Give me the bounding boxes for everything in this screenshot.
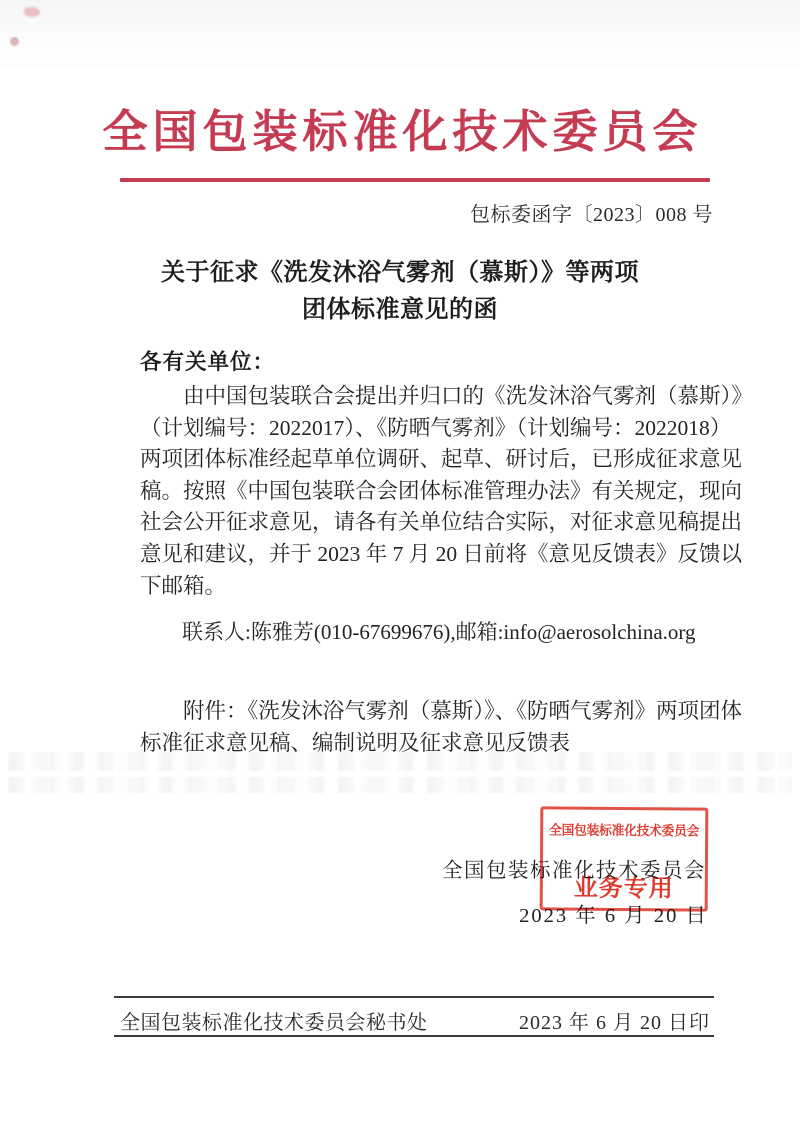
official-stamp: 全国包装标准化技术委员会 业务专用 — [540, 806, 709, 911]
document-title: 关于征求《洗发沐浴气雾剂（慕斯）》等两项 团体标准意见的函 — [0, 255, 800, 329]
scan-artifact-red-speck — [10, 37, 19, 46]
scan-artifact-streaks — [0, 28, 800, 68]
stamp-purpose-label: 业务专用 — [543, 867, 705, 903]
document-title-line1: 关于征求《洗发沐浴气雾剂（慕斯）》等两项 — [0, 255, 800, 292]
body-paragraph: 由中国包装联合会提出并归口的《洗发沐浴气雾剂（慕斯）》 （计划编号：202201… — [140, 381, 710, 602]
body-line: 社会公开征求意见，请各有关单位结合实际，对征求意见稿提出 — [140, 507, 710, 539]
body-line: （计划编号：2022017）、《防晒气雾剂》（计划编号：2022018） — [140, 413, 710, 445]
body-line: 由中国包装联合会提出并归口的《洗发沐浴气雾剂（慕斯）》 — [140, 381, 710, 413]
body-line: 稿。按照《中国包装联合会团体标准管理办法》有关规定，现向 — [140, 476, 710, 508]
attachment-line: 标准征求意见稿、编制说明及征求意见反馈表 — [140, 727, 710, 759]
contact-line: 联系人:陈雅芳(010-67699676),邮箱:info@aerosolchi… — [140, 616, 740, 646]
salutation: 各有关单位： — [140, 345, 275, 376]
footer-issuer: 全国包装标准化技术委员会秘书处 — [120, 1006, 428, 1035]
attachment-note: 附件：《洗发沐浴气雾剂（慕斯）》、《防晒气雾剂》两项团体 标准征求意见稿、编制说… — [140, 695, 710, 759]
scanned-official-letter: 全国包装标准化技术委员会 包标委函字〔2023〕008 号 关于征求《洗发沐浴气… — [0, 0, 800, 1130]
body-line: 意见和建议，并于 2023 年 7 月 20 日前将《意见反馈表》反馈以 — [140, 539, 710, 571]
footer-divider-bottom — [114, 1035, 714, 1037]
letterhead-divider — [120, 178, 710, 182]
scan-artifact-top-shade — [0, 0, 800, 70]
letterhead-org-title: 全国包装标准化技术委员会 — [0, 95, 800, 160]
scan-artifact-red-speck — [24, 7, 40, 17]
document-number: 包标委函字〔2023〕008 号 — [470, 198, 713, 227]
document-title-line2: 团体标准意见的函 — [0, 292, 800, 329]
stamp-org-name: 全国包装标准化技术委员会 — [548, 818, 700, 839]
footer-divider-top — [114, 996, 714, 998]
body-line: 下邮箱。 — [140, 571, 710, 603]
attachment-line: 附件：《洗发沐浴气雾剂（慕斯）》、《防晒气雾剂》两项团体 — [140, 695, 710, 727]
footer-print-date: 2023 年 6 月 20 日印 — [519, 1006, 710, 1035]
body-line: 两项团体标准经起草单位调研、起草、研讨后，已形成征求意见 — [140, 444, 710, 476]
